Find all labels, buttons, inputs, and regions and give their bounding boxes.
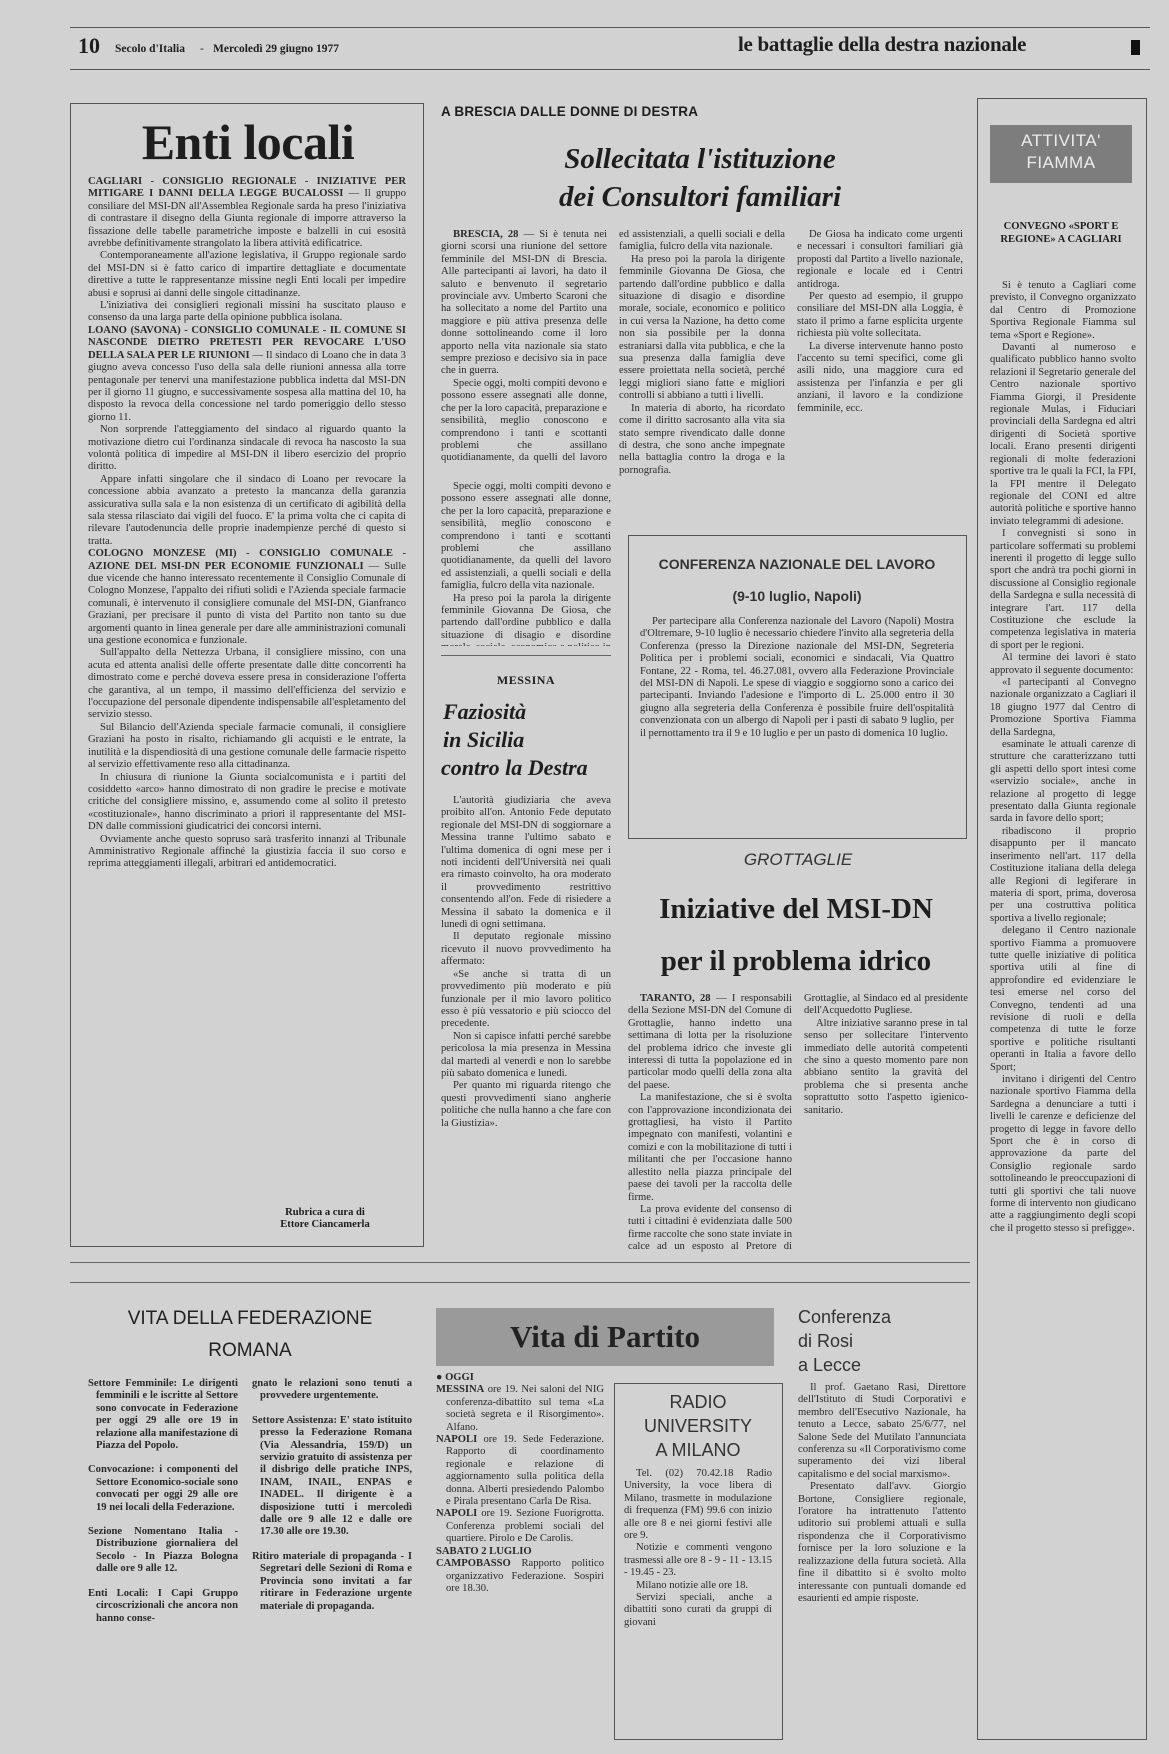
item-place: NAPOLI: [436, 1434, 477, 1445]
conferenza-lavoro-title: CONFERENZA NAZIONALE DEL LAVORO: [632, 556, 962, 572]
radio-title-line2: UNIVERSITY: [618, 1414, 778, 1438]
radio-university-body: Tel. (02) 70.42.18 Radio University, la …: [624, 1468, 772, 1629]
article-paragraph: Il deputato regionale missino ricevuto i…: [441, 931, 611, 968]
conferenza-lavoro-subtitle: (9-10 luglio, Napoli): [632, 588, 962, 604]
federazione-item: Enti Locali: I Capi Gruppo circoscrizion…: [88, 1588, 238, 1625]
paragraph-text: La manifestazione, che si è svolta con l…: [628, 1092, 792, 1202]
byline-name: Ettore Ciancamerla: [240, 1219, 410, 1231]
brescia-headline: Sollecitata l'istituzione dei Consultori…: [440, 140, 960, 216]
federazione-column-1: Settore Femminile: Le dirigenti femminil…: [88, 1378, 238, 1637]
article-paragraph: Per questo ad esempio, il gruppo consili…: [797, 291, 963, 341]
article-paragraph: De Giosa ha indicato come urgenti e nece…: [797, 229, 963, 291]
article-paragraph: L'autorità giudiziaria che aveva proibit…: [441, 795, 611, 931]
article-paragraph: La manifestazione, che si è svolta con l…: [628, 1092, 792, 1204]
article-paragraph: Tel. (02) 70.42.18 Radio University, la …: [624, 1468, 772, 1542]
paragraph-text: Altre iniziative saranno prese in tal se…: [804, 1018, 968, 1116]
separator: -: [200, 43, 204, 55]
item-place: SABATO 2 LUGLIO: [436, 1546, 532, 1557]
grottaglie-kicker: GROTTAGLIE: [628, 850, 968, 870]
article-paragraph: Ha preso poi la parola la dirigente femm…: [441, 593, 611, 646]
federazione-item: Settore Assistenza: E' stato istituito p…: [252, 1415, 412, 1539]
article-paragraph: I convegnisti si sono in particolare sof…: [990, 528, 1136, 652]
federazione-title-line1: VITA DELLA FEDERAZIONE: [80, 1303, 420, 1335]
enti-locali-body: CAGLIARI - CONSIGLIO REGIONALE - INIZIAT…: [88, 176, 406, 1206]
article-paragraph: Non sorprende l'atteggiamento del sindac…: [88, 424, 406, 474]
article-paragraph: LOANO (Savona) - CONSIGLIO COMUNALE - IL…: [88, 325, 406, 424]
item-place: NAPOLI: [436, 1508, 477, 1519]
paragraph-text: La diverse intervenute hanno posto l'acc…: [797, 341, 963, 414]
item-lead: Ritiro materiale di propaganda: [252, 1551, 397, 1562]
article-paragraph: COLOGNO MONZESE (MI) - CONSIGLIO COMUNAL…: [88, 548, 406, 647]
article-paragraph: Sull'appalto della Nettezza Urbana, il c…: [88, 647, 406, 721]
federazione-item: Settore Femminile: Le dirigenti femminil…: [88, 1378, 238, 1452]
article-paragraph: Milano notizie alle ore 18.: [624, 1580, 772, 1592]
federazione-item: Ritiro materiale di propaganda - I Segre…: [252, 1551, 412, 1613]
article-paragraph: «I partecipanti al Convegno nazionale or…: [990, 677, 1136, 739]
grottaglie-headline: Iniziative del MSI-DN per il problema id…: [620, 883, 972, 987]
item-lead: Enti Locali:: [88, 1588, 148, 1599]
article-paragraph: Si è tenuto a Cagliari come previsto, il…: [990, 280, 1136, 342]
article-paragraph: Non si capisce infatti perché sarebbe pe…: [441, 1031, 611, 1081]
vita-partito-banner: Vita di Partito: [436, 1308, 774, 1366]
item-lead: Sezione Nomentano Italia: [88, 1526, 223, 1537]
article-paragraph: Contemporaneamente all'azione legislativ…: [88, 250, 406, 300]
article-paragraph: BRESCIA, 28 — Si è tenuta nei giorni sco…: [441, 229, 607, 378]
article-paragraph: Altre iniziative saranno prese in tal se…: [804, 1018, 968, 1117]
article-paragraph: Ha preso poi la parola la dirigente femm…: [619, 254, 785, 403]
brescia-kicker: A BRESCIA DALLE DONNE DI DESTRA: [441, 104, 698, 119]
section-title: le battaglie della destra nazionale: [738, 32, 1026, 57]
partito-item: MESSINA ore 19. Nei saloni del NIG confe…: [436, 1384, 604, 1434]
radio-title-line1: RADIO: [618, 1390, 778, 1414]
federazione-item: Sezione Nomentano Italia - Distribuzione…: [88, 1526, 238, 1576]
article-paragraph: Davanti al numeroso e qualificato pubbli…: [990, 342, 1136, 528]
brescia-headline-line2: dei Consultori familiari: [440, 178, 960, 216]
partito-item: CAMPOBASSO Rapporto politico organizzati…: [436, 1558, 604, 1595]
item-body: Sul Bilancio dell'Azienda speciale farma…: [88, 722, 406, 770]
paragraph-text: In materia di aborto, ha ricordato come …: [619, 403, 785, 476]
partito-item: NAPOLI ore 19. Sede Federazione. Rapport…: [436, 1434, 604, 1508]
messina-headline-line3: contro la Destra: [441, 754, 616, 782]
rosi-title: Conferenza di Rosi a Lecce: [798, 1305, 968, 1377]
grottaglie-body: TARANTO, 28 — I responsabili della Sezio…: [628, 993, 968, 1271]
item-lead: COLOGNO MONZESE (MI) - CONSIGLIO COMUNAL…: [88, 548, 406, 571]
dateline: BRESCIA, 28: [453, 229, 518, 240]
item-body: Non sorprende l'atteggiamento del sindac…: [88, 424, 406, 472]
article-paragraph: Al termine dei lavori è stato approvato …: [990, 652, 1136, 677]
item-place: MESSINA: [436, 1384, 484, 1395]
item-body: gnato le relazioni sono tenuti a provved…: [252, 1378, 412, 1401]
item-body: L'iniziativa dei consiglieri regionali m…: [88, 300, 406, 323]
messina-body: L'autorità giudiziaria che aveva proibit…: [441, 795, 611, 1270]
radio-title-line3: A MILANO: [618, 1438, 778, 1462]
paragraph-text: Per questo ad esempio, il gruppo consili…: [797, 291, 963, 339]
federazione-title-line2: ROMANA: [80, 1335, 420, 1367]
rosi-title-line2: di Rosi: [798, 1329, 968, 1353]
item-place: CAMPOBASSO: [436, 1558, 511, 1569]
article-paragraph: invitano i dirigenti del Centro nazional…: [990, 1074, 1136, 1235]
rosi-body: Il prof. Gaetano Rasi, Direttore dell'Is…: [798, 1382, 966, 1605]
item-body: Ovviamente anche questo sopruso sarà tra…: [88, 834, 406, 870]
issue-date: Mercoledì 29 giugno 1977: [213, 43, 339, 55]
article-paragraph: «Se anche si tratta di un provvedimento …: [441, 969, 611, 1031]
paragraph-text: — Si è tenuta nei giorni scorsi una riun…: [441, 229, 607, 376]
bottom-section-rule: [70, 1262, 970, 1263]
messina-headline: Faziosità in Sicilia contro la Destra: [441, 698, 616, 782]
attivita-fiamma-kicker: CONVEGNO «SPORT E REGIONE» A CAGLIARI: [985, 220, 1137, 246]
item-body: In chiusura di riunione la Giunta social…: [88, 772, 406, 833]
article-paragraph: delegano il Centro nazionale sportivo Fi…: [990, 925, 1136, 1074]
article-paragraph: La diverse intervenute hanno posto l'acc…: [797, 341, 963, 415]
paragraph-text: Ha preso poi la parola la dirigente femm…: [619, 254, 785, 401]
paragraph-text: Ha preso poi la parola la dirigente femm…: [441, 593, 611, 646]
messina-headline-line2: in Sicilia: [441, 726, 616, 754]
oggi-label: OGGI: [445, 1372, 474, 1383]
article-paragraph: Per quanto mi riguarda ritengo che quest…: [441, 1080, 611, 1130]
article-paragraph: Specie oggi, molti compiti devono e poss…: [441, 481, 611, 593]
article-paragraph: ribadiscono il proprio disappunto per il…: [990, 826, 1136, 925]
article-paragraph: Sul Bilancio dell'Azienda speciale farma…: [88, 722, 406, 772]
enti-locali-byline: Rubrica a cura di Ettore Ciancamerla: [240, 1207, 410, 1232]
item-lead: Convocazione:: [88, 1464, 155, 1475]
item-body: Sull'appalto della Nettezza Urbana, il c…: [88, 647, 406, 720]
item-body: — Sulle due vicende che hanno interessat…: [88, 561, 406, 646]
article-paragraph: esaminate le attuali carenze di struttur…: [990, 739, 1136, 826]
paper-name: Secolo d'Italia: [115, 43, 185, 55]
attivita-fiamma-body: Si è tenuto a Cagliari come previsto, il…: [990, 280, 1136, 1730]
article-paragraph: Servizi speciali, anche a dibattiti sono…: [624, 1592, 772, 1629]
vita-partito-body: ● OGGIMESSINA ore 19. Nei saloni del NIG…: [436, 1372, 604, 1595]
byline-label: Rubrica a cura di: [240, 1207, 410, 1219]
rosi-title-line1: Conferenza: [798, 1305, 968, 1329]
item-body: Appare infatti singolare che il sindaco …: [88, 474, 406, 547]
federazione-item: Convocazione: i componenti del Settore E…: [88, 1464, 238, 1514]
messina-top-rule: [441, 655, 611, 656]
article-paragraph: In chiusura di riunione la Giunta social…: [88, 772, 406, 834]
bullet-icon: ●: [436, 1372, 445, 1383]
item-body: E' stato istituito presso la Federazione…: [260, 1415, 412, 1538]
masthead-bottom-rule: [70, 69, 1150, 70]
conferenza-lavoro-body: Per partecipare alla Conferenza nazional…: [640, 616, 954, 740]
bottom-section-rule-2: [70, 1282, 970, 1283]
article-paragraph: CAGLIARI - CONSIGLIO REGIONALE - INIZIAT…: [88, 176, 406, 250]
radio-university-title: RADIO UNIVERSITY A MILANO: [618, 1390, 778, 1462]
attivita-fiamma-banner: ATTIVITA' FIAMMA: [990, 125, 1132, 183]
paragraph-text: De Giosa ha indicato come urgenti e nece…: [797, 229, 963, 290]
article-paragraph: L'iniziativa dei consiglieri regionali m…: [88, 300, 406, 325]
conferenza-lavoro-paragraph: Per partecipare alla Conferenza nazional…: [640, 616, 954, 740]
partito-item: SABATO 2 LUGLIO: [436, 1546, 604, 1558]
bullet-label: ● OGGI: [436, 1372, 604, 1384]
messina-headline-line1: Faziosità: [441, 698, 616, 726]
article-paragraph: Notizie e commenti vengono trasmessi all…: [624, 1542, 772, 1579]
brescia-body: BRESCIA, 28 — Si è tenuta nei giorni sco…: [441, 229, 963, 481]
brescia-body-continued: Specie oggi, molti compiti devono e poss…: [441, 481, 611, 646]
masthead-top-rule: [70, 27, 1150, 28]
dateline: TARANTO, 28: [640, 993, 711, 1004]
grottaglie-headline-line1: Iniziative del MSI-DN: [620, 883, 972, 935]
section-marker-icon: [1131, 40, 1140, 55]
page-number: 10: [78, 33, 100, 59]
federazione-title: VITA DELLA FEDERAZIONE ROMANA: [80, 1303, 420, 1367]
rosi-title-line3: a Lecce: [798, 1353, 968, 1377]
article-paragraph: Presentato dall'avv. Giorgio Bortone, Co…: [798, 1481, 966, 1605]
messina-kicker: MESSINA: [441, 673, 611, 688]
brescia-headline-line1: Sollecitata l'istituzione: [440, 140, 960, 178]
item-body: Contemporaneamente all'azione legislativ…: [88, 250, 406, 298]
article-paragraph: In materia di aborto, ha ricordato come …: [619, 403, 785, 477]
partito-item: NAPOLI ore 19. Sezione Fuorigrotta. Conf…: [436, 1508, 604, 1545]
enti-locali-title: Enti locali: [78, 112, 418, 172]
article-paragraph: Appare infatti singolare che il sindaco …: [88, 474, 406, 548]
federazione-item: gnato le relazioni sono tenuti a provved…: [252, 1378, 412, 1403]
article-paragraph: TARANTO, 28 — I responsabili della Sezio…: [628, 993, 792, 1092]
paragraph-text: Specie oggi, molti compiti devono e poss…: [441, 481, 611, 591]
grottaglie-headline-line2: per il problema idrico: [620, 935, 972, 987]
paragraph-text: — I responsabili della Sezione MSI-DN de…: [628, 993, 792, 1091]
federazione-column-2: gnato le relazioni sono tenuti a provved…: [252, 1378, 412, 1625]
item-lead: Settore Assistenza:: [252, 1415, 337, 1426]
article-paragraph: Ovviamente anche questo sopruso sarà tra…: [88, 834, 406, 871]
article-paragraph: Il prof. Gaetano Rasi, Direttore dell'Is…: [798, 1382, 966, 1481]
item-lead: Settore Femminile:: [88, 1378, 177, 1389]
